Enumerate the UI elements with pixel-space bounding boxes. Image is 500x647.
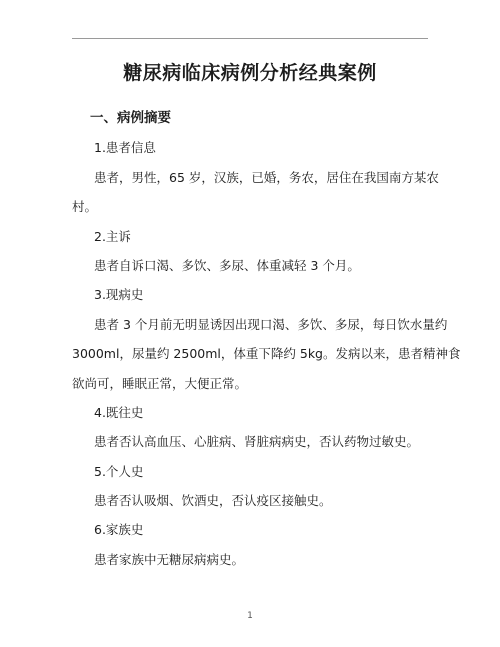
doc-line: 村。 — [72, 192, 430, 221]
doc-line: 6.家族史 — [72, 515, 430, 544]
doc-line: 2.主诉 — [72, 222, 430, 251]
doc-line: 患者，男性，65 岁，汉族，已婚，务农，居住在我国南方某农 — [72, 163, 430, 192]
doc-line: 患者否认吸烟、饮酒史，否认疫区接触史。 — [72, 486, 430, 515]
doc-line: 患者 3 个月前无明显诱因出现口渴、多饮、多尿，每日饮水量约 — [72, 310, 430, 339]
doc-line: 患者否认高血压、心脏病、肾脏病病史，否认药物过敏史。 — [72, 427, 430, 456]
doc-line: 5.个人史 — [72, 457, 430, 486]
header-divider-rule — [72, 38, 428, 39]
doc-line: 3000ml，尿量约 2500ml，体重下降约 5kg。发病以来，患者精神食 — [72, 339, 430, 368]
doc-line: 患者自诉口渴、多饮、多尿、体重减轻 3 个月。 — [72, 251, 430, 280]
doc-line: 1.患者信息 — [72, 133, 430, 162]
doc-line: 欲尚可，睡眠正常，大便正常。 — [72, 369, 430, 398]
doc-line: 3.现病史 — [72, 280, 430, 309]
doc-line: 患者家族中无糖尿病病史。 — [72, 545, 430, 574]
page-number: 1 — [0, 611, 500, 621]
doc-line: 4.既往史 — [72, 398, 430, 427]
section-heading: 一、病例摘要 — [72, 104, 430, 133]
document-page: 糖尿病临床病例分析经典案例 一、病例摘要 1.患者信息 患者，男性，65 岁，汉… — [0, 0, 500, 647]
document-title: 糖尿病临床病例分析经典案例 — [0, 58, 500, 88]
document-body: 一、病例摘要 1.患者信息 患者，男性，65 岁，汉族，已婚，务农，居住在我国南… — [72, 104, 430, 574]
